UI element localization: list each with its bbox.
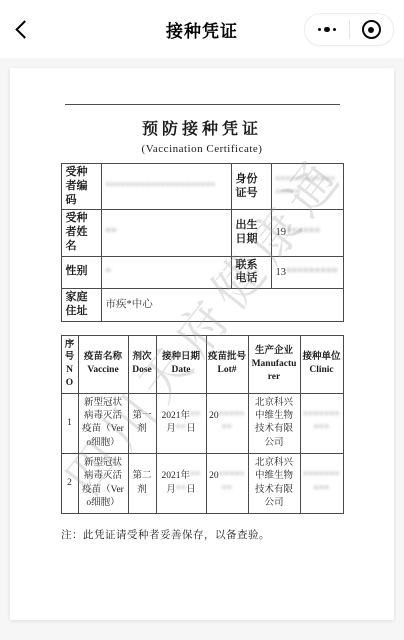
vaccination-header-row: 序号NO 疫苗名称Vaccine 剂次Dose 接种日期Date 疫苗批号Lot… (61, 335, 343, 393)
id-number-value: ***************** (271, 164, 343, 210)
target-circle-icon (362, 20, 381, 39)
recipient-code-label: 受种者编码 (61, 164, 101, 210)
row2-manufacturer: 北京科兴中维生物技术有限公司 (248, 453, 300, 513)
more-options-button[interactable] (305, 14, 349, 45)
info-row-gender-phone: 性别 * 联系电话 13********* (61, 256, 343, 289)
row2-clinic: ********** (300, 453, 343, 513)
row2-date: 2021年**月**日 (156, 453, 206, 513)
vaccination-row-1: 1 新型冠状病毒灭活疫苗（Vero细胞） 第一剂 2021年**月**日 20*… (61, 393, 343, 453)
certificate-title: 预防接种凭证 (10, 116, 394, 139)
page-title: 接种凭证 (166, 17, 238, 42)
recipient-code-value: ********************** (101, 164, 231, 210)
vaccination-table: 序号NO 疫苗名称Vaccine 剂次Dose 接种日期Date 疫苗批号Lot… (61, 335, 344, 515)
row1-clinic: ********** (300, 393, 343, 453)
col-header-clinic: 接种单位Clinic (300, 335, 343, 393)
gender-value: * (101, 256, 231, 289)
address-label: 家庭住址 (61, 289, 101, 322)
col-header-lot: 疫苗批号Lot# (206, 335, 248, 393)
more-dots-icon (318, 27, 337, 33)
chevron-left-icon (15, 20, 33, 38)
gender-label: 性别 (61, 256, 101, 289)
minimize-button[interactable] (350, 14, 394, 45)
birth-date-value: 19****** (271, 210, 343, 256)
row2-lot: 20******* (206, 453, 248, 513)
address-value: 市疾*中心 (101, 289, 343, 322)
birth-date-label: 出生日期 (231, 210, 271, 256)
recipient-name-value: ** (101, 210, 231, 256)
info-row-name-birth: 受种者姓名 ** 出生日期 19****** (61, 210, 343, 256)
col-header-dose: 剂次Dose (128, 335, 156, 393)
back-button[interactable] (16, 0, 46, 58)
personal-info-table: 受种者编码 ********************** 身份证号 ******… (61, 163, 344, 322)
row1-lot: 20******* (206, 393, 248, 453)
col-header-no: 序号NO (61, 335, 78, 393)
col-header-manufacturer: 生产企业Manufacturer (248, 335, 300, 393)
phone-value: 13********* (271, 256, 343, 289)
col-header-date: 接种日期Date (156, 335, 206, 393)
row1-vaccine: 新型冠状病毒灭活疫苗（Vero细胞） (78, 393, 128, 453)
certificate-subtitle: (Vaccination Certificate) (10, 143, 394, 155)
row2-vaccine: 新型冠状病毒灭活疫苗（Vero细胞） (78, 453, 128, 513)
row1-no: 1 (61, 393, 78, 453)
row1-dose: 第一剂 (128, 393, 156, 453)
wechat-capsule (304, 13, 394, 46)
certificate-card: 四川天府健康通 预防接种凭证 (Vaccination Certificate)… (10, 68, 394, 620)
info-row-code-id: 受种者编码 ********************** 身份证号 ******… (61, 164, 343, 210)
phone-label: 联系电话 (231, 256, 271, 289)
row2-no: 2 (61, 453, 78, 513)
vaccination-row-2: 2 新型冠状病毒灭活疫苗（Vero细胞） 第二剂 2021年**月**日 20*… (61, 453, 343, 513)
navbar: 接种凭证 (0, 0, 404, 58)
top-rule (65, 104, 340, 105)
row2-dose: 第二剂 (128, 453, 156, 513)
footer-note: 注：此凭证请受种者妥善保存，以备查验。 (61, 527, 394, 542)
row1-manufacturer: 北京科兴中维生物技术有限公司 (248, 393, 300, 453)
col-header-vaccine: 疫苗名称Vaccine (78, 335, 128, 393)
id-number-label: 身份证号 (231, 164, 271, 210)
row1-date: 2021年**月**日 (156, 393, 206, 453)
recipient-name-label: 受种者姓名 (61, 210, 101, 256)
info-row-address: 家庭住址 市疾*中心 (61, 289, 343, 322)
